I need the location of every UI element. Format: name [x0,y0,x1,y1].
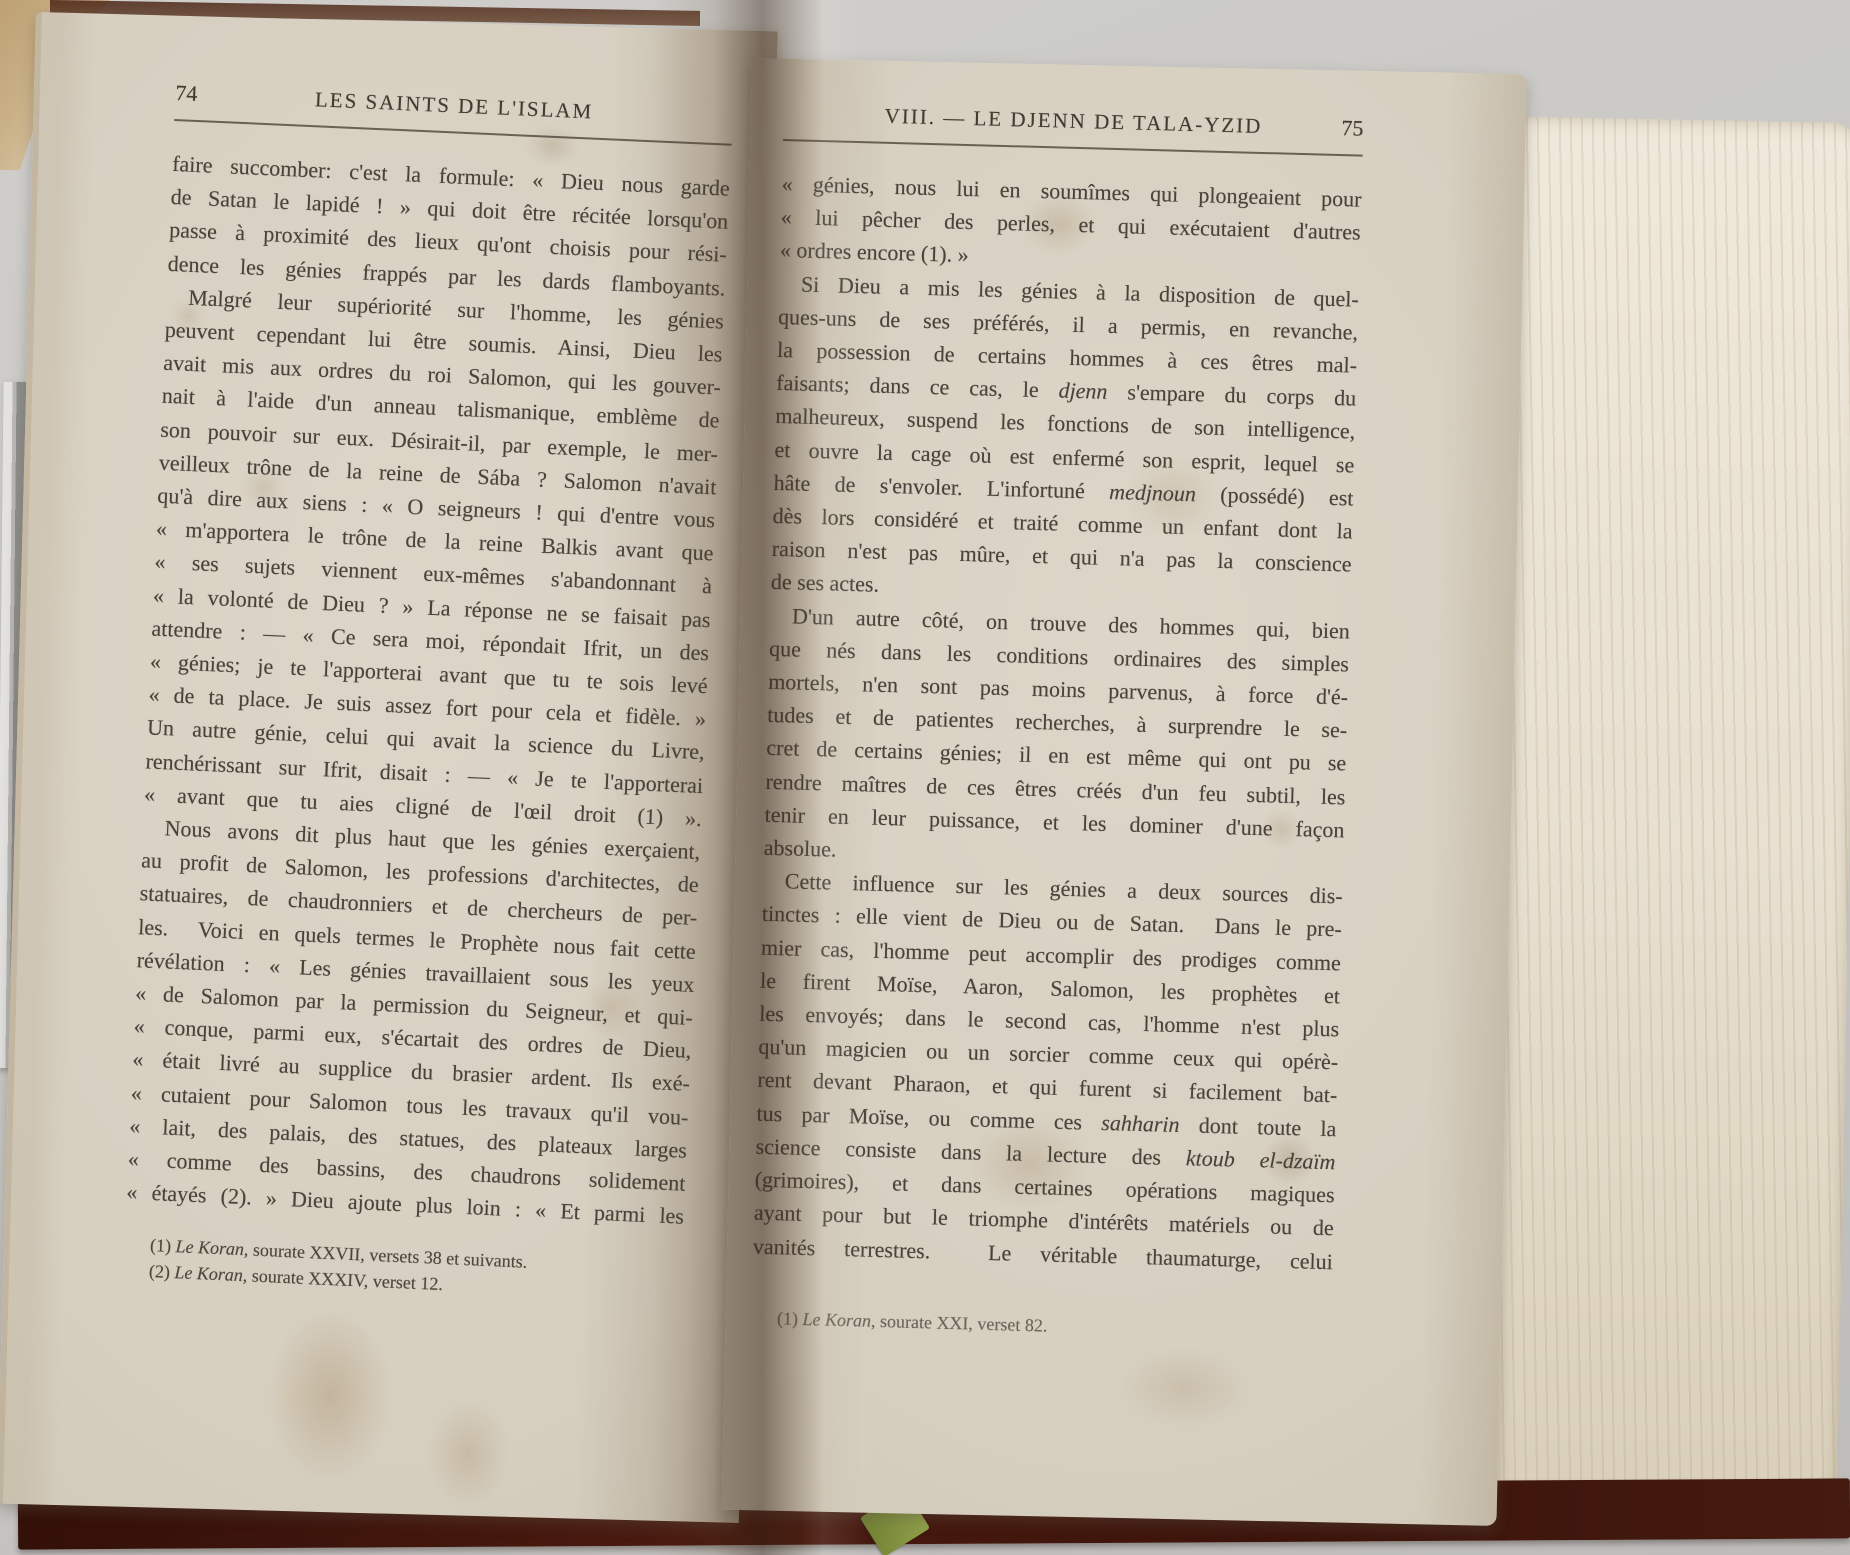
left-page-text: 74 LES SAINTS DE L'ISLAM faire succomber… [122,80,733,1307]
left-page-body: faire succomber: c'est la formule: « Die… [126,147,731,1233]
left-page-number: 74 [175,80,246,109]
book-photo: { "left_page": { "page_number": "74", "r… [0,0,1850,1555]
gutter-shadow [652,0,872,1555]
right-page-number: 75 [1293,114,1364,142]
